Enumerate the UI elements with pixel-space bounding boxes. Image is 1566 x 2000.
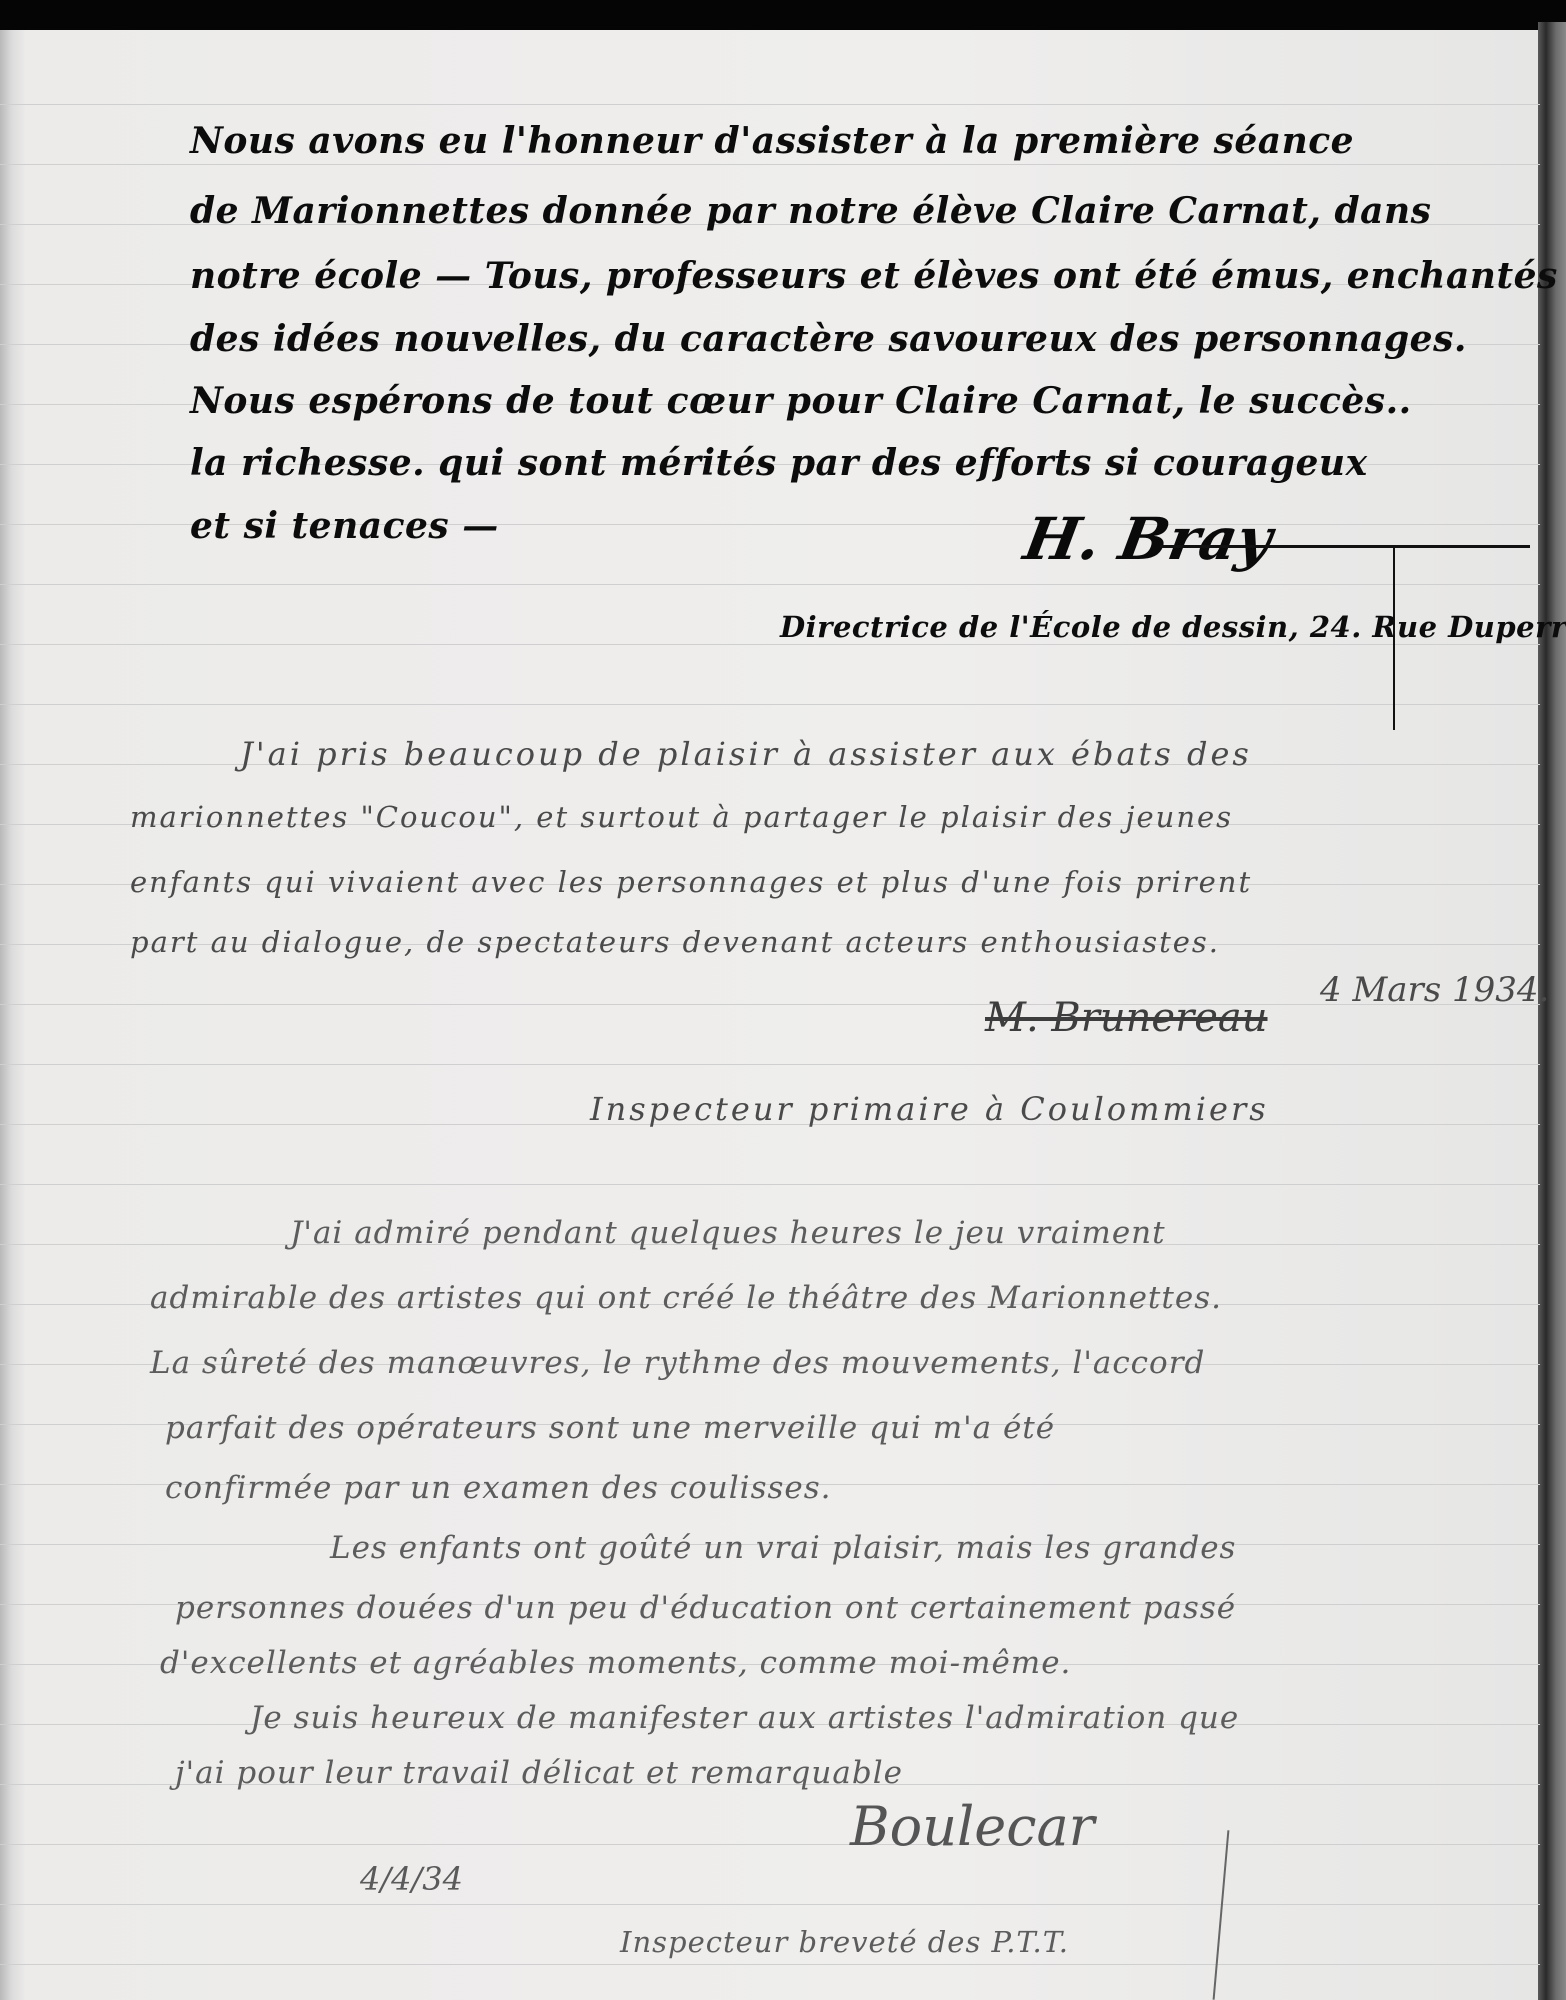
entry-3-line-2: admirable des artistes qui ont créé le t… xyxy=(150,1280,1222,1316)
entry-3-line-10: j'ai pour leur travail délicat et remarq… xyxy=(175,1755,903,1791)
entry-1-signer-title: Directrice de l'École de dessin, 24. Rue… xyxy=(780,610,1566,644)
entry-3-line-1: J'ai admiré pendant quelques heures le j… xyxy=(290,1215,1166,1251)
entry-2-date: 4 Mars 1934. xyxy=(1320,970,1549,1010)
entry-3-line-9: Je suis heureux de manifester aux artist… xyxy=(250,1700,1239,1736)
entry-1-line-4: des idées nouvelles, du caractère savour… xyxy=(190,318,1467,360)
entry-3-line-4: parfait des opérateurs sont une merveill… xyxy=(165,1410,1055,1446)
ruled-line xyxy=(0,164,1540,165)
entry-3-line-6: Les enfants ont goûté un vrai plaisir, m… xyxy=(330,1530,1236,1566)
entry-1-line-6: la richesse. qui sont mérités par des ef… xyxy=(190,442,1368,484)
entry-1-line-5: Nous espérons de tout cœur pour Claire C… xyxy=(190,380,1412,422)
ruled-line xyxy=(0,1184,1540,1185)
entry-2-signature: M. Brunereau xyxy=(985,995,1268,1041)
entry-3-signature: Boulecar xyxy=(850,1795,1094,1858)
entry-1-line-3: notre école — Tous, professeurs et élève… xyxy=(190,255,1558,297)
entry-2-line-4: part au dialogue, de spectateurs devenan… xyxy=(130,925,1220,959)
entry-2-line-2: marionnettes "Coucou", et surtout à part… xyxy=(130,800,1233,834)
scan-top-border xyxy=(0,0,1566,32)
entry-3-line-8: d'excellents et agréables moments, comme… xyxy=(160,1645,1071,1681)
ruled-line xyxy=(0,1064,1540,1065)
entry-3-date: 4/4/34 xyxy=(360,1860,463,1898)
ruled-line xyxy=(0,584,1540,585)
entry-3-signer-title: Inspecteur breveté des P.T.T. xyxy=(620,1925,1069,1959)
signature-underline xyxy=(1160,545,1530,548)
ruled-line xyxy=(0,104,1540,105)
entry-3-line-5: confirmée par un examen des coulisses. xyxy=(165,1470,832,1506)
book-binding-edge xyxy=(1538,22,1566,2000)
ruled-line xyxy=(0,1004,1540,1005)
entry-1-line-7: et si tenaces — xyxy=(190,505,499,547)
ruled-line xyxy=(0,1904,1540,1905)
entry-2-line-1: J'ai pris beaucoup de plaisir à assister… xyxy=(240,735,1252,773)
entry-2-line-3: enfants qui vivaient avec les personnage… xyxy=(130,865,1252,899)
ruled-line xyxy=(0,1964,1540,1965)
ruled-line xyxy=(0,704,1540,705)
ruled-line xyxy=(0,1844,1540,1845)
entry-1-signature: H. Bray xyxy=(1019,505,1277,573)
entry-3-line-3: La sûreté des manœuvres, le rythme des m… xyxy=(150,1345,1205,1381)
entry-1-line-1: Nous avons eu l'honneur d'assister à la … xyxy=(190,120,1354,162)
entry-2-signer-title: Inspecteur primaire à Coulommiers xyxy=(590,1090,1269,1128)
entry-1-line-2: de Marionnettes donnée par notre élève C… xyxy=(190,190,1431,232)
entry-3-line-7: personnes douées d'un peu d'éducation on… xyxy=(175,1590,1236,1626)
ruled-line xyxy=(0,644,1540,645)
